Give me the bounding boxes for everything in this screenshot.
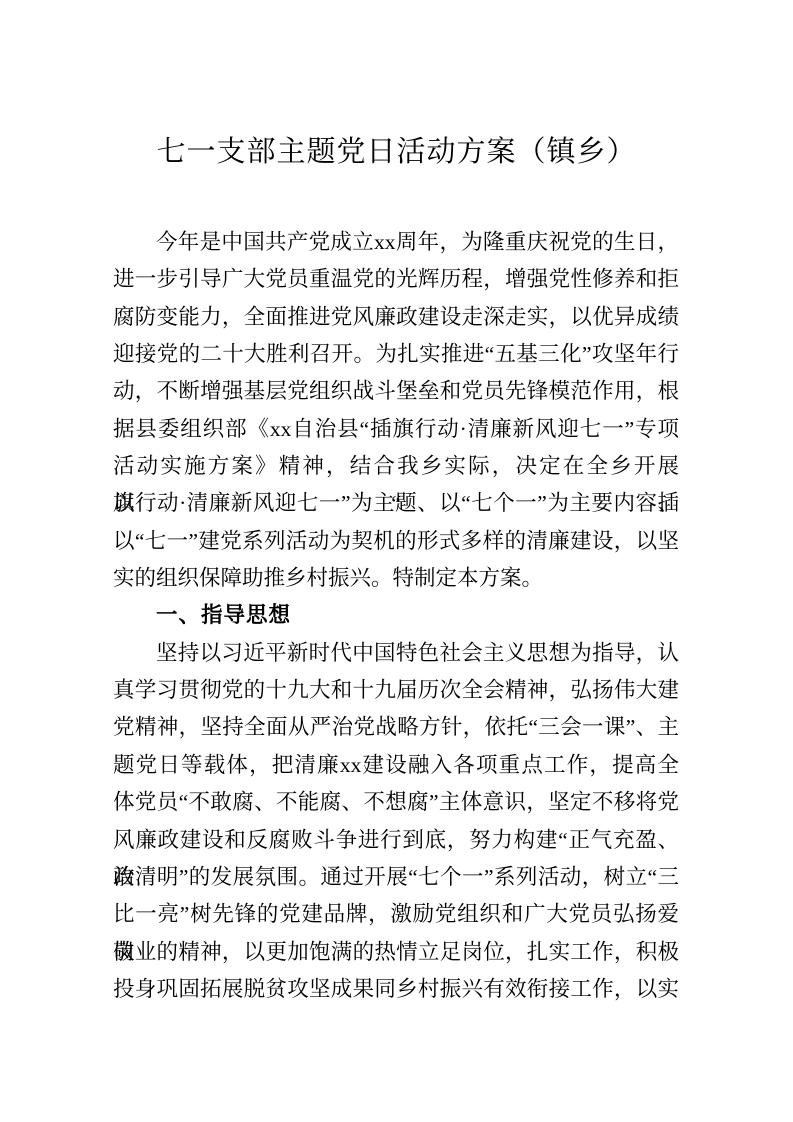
document-title: 七一支部主题党日活动方案（镇乡） [0, 128, 793, 176]
text-line: 比一亮”树先锋的党建品牌，激励党组织和广大党员弘扬爱岗 [113, 896, 679, 933]
text-line: 体党员“不敢腐、不能腐、不想腐”主体意识，坚定不移将党 [113, 784, 679, 821]
text-line: 旗行动·清廉新风迎七一”为主题、以“七个一”为主要内容、 [113, 485, 679, 522]
text-line: 敬业的精神，以更加饱满的热情立足岗位，扎实工作，积极 [113, 934, 679, 971]
text-line: 腐防变能力，全面推进党风廉政建设走深走实，以优异成绩 [113, 299, 679, 336]
text-line: 实的组织保障助推乡村振兴。特制定本方案。 [113, 560, 679, 597]
text-line: 进一步引导广大党员重温党的光辉历程，增强党性修养和拒 [113, 261, 679, 298]
text-line: 真学习贯彻党的十九大和十九届历次全会精神，弘扬伟大建 [113, 672, 679, 709]
text-line: 投身巩固拓展脱贫攻坚成果同乡村振兴有效衔接工作，以实 [113, 971, 679, 1008]
text-line: 题党日等载体，把清廉xx建设融入各项重点工作，提高全 [113, 747, 679, 784]
text-line: 据县委组织部《xx自治县“插旗行动·清廉新风迎七一”专项 [113, 411, 679, 448]
section-heading: 一、指导思想 [113, 597, 679, 634]
text-line: 迎接党的二十大胜利召开。为扎实推进“五基三化”攻坚年行 [113, 336, 679, 373]
text-line: 坚持以习近平新时代中国特色社会主义思想为指导，认 [113, 635, 679, 672]
document-body: 今年是中国共产党成立xx周年，为隆重庆祝党的生日，进一步引导广大党员重温党的光辉… [113, 224, 679, 1008]
text-line: 活动实施方案》精神，结合我乡实际，决定在全乡开展以“插 [113, 448, 679, 485]
text-line: 动，不断增强基层党组织战斗堡垒和党员先锋模范作用，根 [113, 373, 679, 410]
text-line: 党精神，坚持全面从严治党战略方针，依托“三会一课”、主 [113, 709, 679, 746]
text-line: 风廉政建设和反腐败斗争进行到底，努力构建“正气充盈、政 [113, 822, 679, 859]
text-line: 治清明”的发展氛围。通过开展“七个一”系列活动，树立“三 [113, 859, 679, 896]
document-page: 七一支部主题党日活动方案（镇乡） 今年是中国共产党成立xx周年，为隆重庆祝党的生… [0, 0, 793, 1122]
text-line: 今年是中国共产党成立xx周年，为隆重庆祝党的生日， [113, 224, 679, 261]
text-line: 以“七一”建党系列活动为契机的形式多样的清廉建设，以坚 [113, 523, 679, 560]
